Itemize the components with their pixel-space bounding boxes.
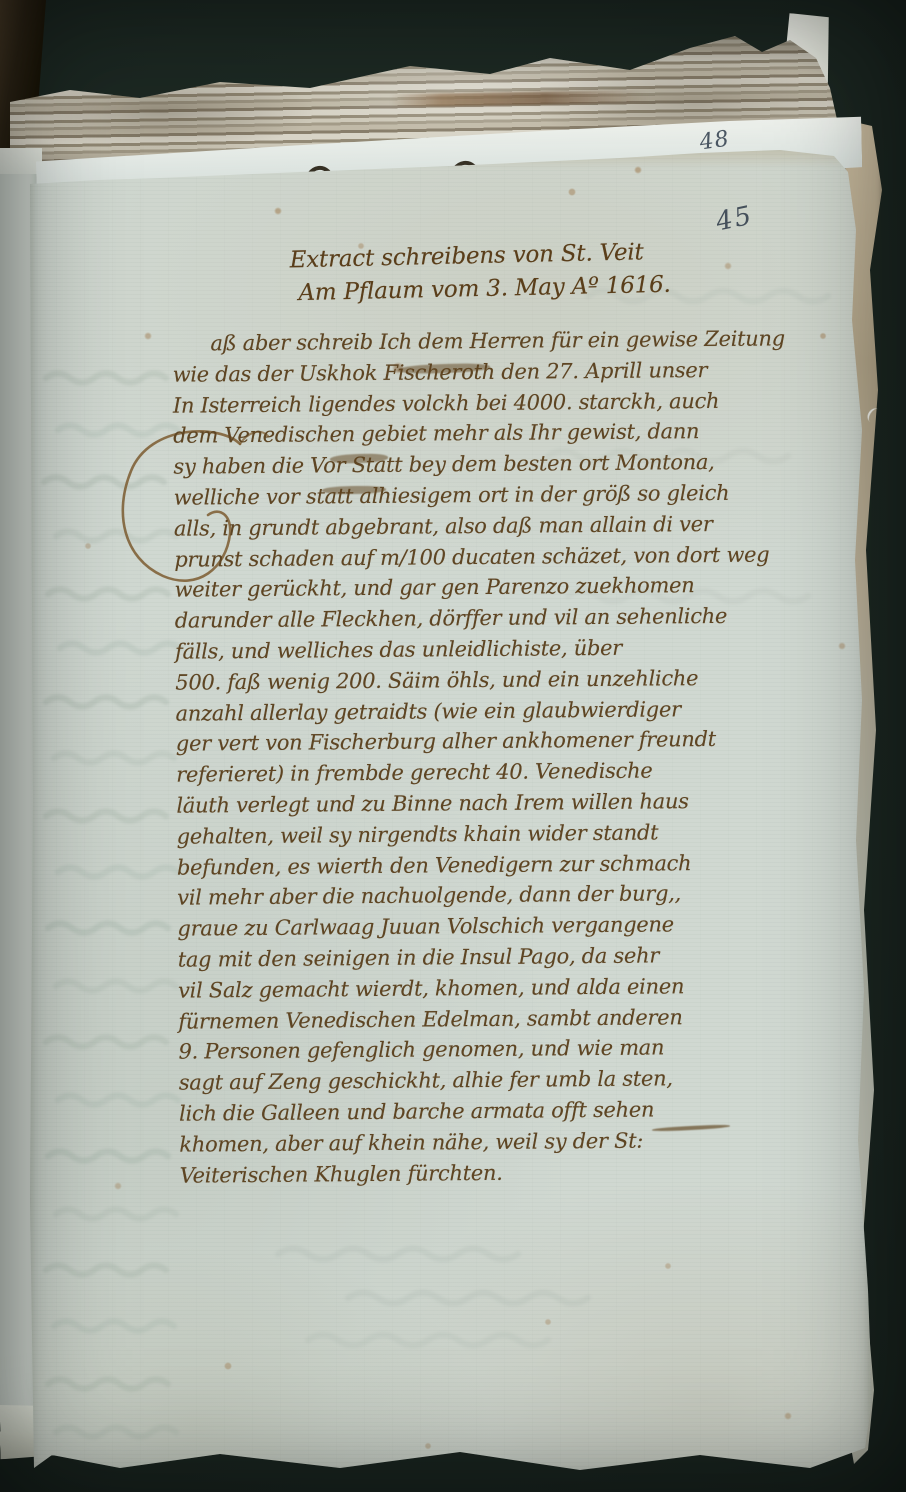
- body-line: wie das der Uskhok Fischeroth den 27. Ap…: [173, 354, 786, 390]
- manuscript-body-text: aß aber schreib Ich dem Herren für ein g…: [172, 323, 792, 1191]
- body-line: welliche vor statt alhiesigem ort in der…: [174, 477, 787, 513]
- body-line: darunder alle Fleckhen, dörffer und vil …: [175, 601, 788, 637]
- folio-number-48: 48: [698, 126, 731, 155]
- body-line: prunst schaden auf m/100 ducaten schäzet…: [174, 539, 787, 575]
- body-line: ger vert von Fischerburg alher ankhomene…: [176, 724, 789, 760]
- body-line: aß aber schreib Ich dem Herren für ein g…: [172, 323, 785, 359]
- document-heading: Extract schreibens von St. Veit Am Pflau…: [289, 236, 671, 311]
- manuscript-photo: 48: [0, 0, 906, 1492]
- body-line: alls, in grundt abgebrant, also daß man …: [174, 508, 787, 544]
- body-line: 500. faß wenig 200. Säim öhls, und ein u…: [175, 662, 788, 698]
- manuscript-page-folio-45: 45 Extract schreibens von St. Veit Am Pf…: [28, 126, 874, 1482]
- body-line: Veiterischen Khuglen fürchten.: [180, 1155, 793, 1191]
